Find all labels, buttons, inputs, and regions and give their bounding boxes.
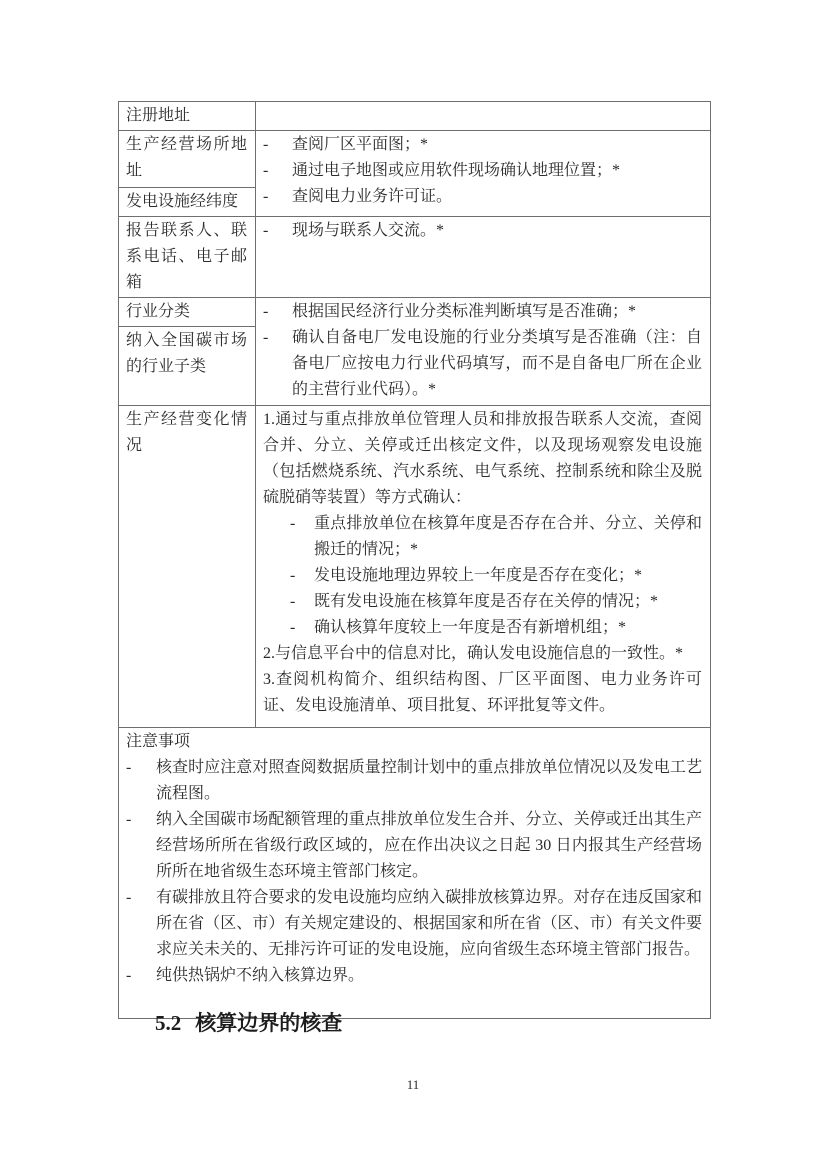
list-item: - 查阅厂区平面图；* [263,132,702,158]
bullet-dash: - [263,325,292,351]
numbered-item-2: 2.与信息平台中的信息对比，确认发电设施信息的一致性。* [263,641,702,667]
list-item: - 纯供热锅炉不纳入核算边界。 [126,963,702,989]
bullet-dash: - [290,563,314,589]
bullet-dash: - [263,132,292,158]
list-item: - 现场与联系人交流。* [263,218,702,244]
table-row: 报告联系人、联系电话、电子邮箱 - 现场与联系人交流。* [119,217,711,298]
row-label-facility-coordinates: 发电设施经纬度 [119,188,256,217]
list-item: - 确认核算年度较上一年度是否有新增机组；* [263,615,702,641]
registered-address-value-cell [256,102,711,131]
numbered-item-1: 1.通过与重点排放单位管理人员和排放报告联系人交流，查阅合并、分立、关停或迁出核… [263,407,702,511]
bullet-dash: - [126,807,156,833]
list-item: - 查阅电力业务许可证。 [263,184,702,210]
row-label-registered-address: 注册地址 [119,102,256,131]
verification-items-table: 注册地址 生产经营场所地址 - 查阅厂区平面图；* - 通过电子地图或应用软件现… [118,101,711,1019]
bullet-dash: - [263,218,292,244]
check-text: 通过电子地图或应用软件现场确认地理位置；* [292,158,702,184]
table-row: 行业分类 - 根据国民经济行业分类标准判断填写是否准确；* - 确认自备电厂发电… [119,298,711,327]
row-label-premises-address: 生产经营场所地址 [119,131,256,188]
bullet-dash: - [263,184,292,210]
bullet-dash: - [290,511,314,537]
bullet-dash: - [263,299,292,325]
list-item: - 发电设施地理边界较上一年度是否存在变化；* [263,563,702,589]
list-item: - 既有发电设施在核算年度是否存在关停的情况；* [263,589,702,615]
table-row: 注意事项 - 核查时应注意对照查阅数据质量控制计划中的重点排放单位情况以及发电工… [119,728,711,1019]
list-item: - 重点排放单位在核算年度是否存在合并、分立、关停和搬迁的情况；* [263,511,702,563]
check-text: 重点排放单位在核算年度是否存在合并、分立、关停和搬迁的情况；* [314,511,702,563]
check-text: 查阅厂区平面图；* [292,132,702,158]
bullet-dash: - [290,589,314,615]
numbered-item-3: 3.查阅机构简介、组织结构图、厂区平面图、电力业务许可证、发电设施清单、项目批复… [263,667,702,719]
note-text: 核查时应注意对照查阅数据质量控制计划中的重点排放单位情况以及发电工艺流程图。 [156,755,702,807]
bullet-dash: - [290,615,314,641]
list-item: - 根据国民经济行业分类标准判断填写是否准确；* [263,299,702,325]
check-text: 查阅电力业务许可证。 [292,184,702,210]
notes-title: 注意事项 [126,729,702,755]
row-label-industry: 行业分类 [119,298,256,327]
bullet-dash: - [126,885,156,911]
note-text: 有碳排放且符合要求的发电设施均应纳入碳排放核算边界。对存在违反国家和所在省（区、… [156,885,702,963]
contact-checks-cell: - 现场与联系人交流。* [256,217,711,298]
notes-cell: 注意事项 - 核查时应注意对照查阅数据质量控制计划中的重点排放单位情况以及发电工… [119,728,711,1019]
page-number: 11 [0,1077,826,1093]
list-item: - 确认自备电厂发电设施的行业分类填写是否准确（注：自备电厂应按电力行业代码填写… [263,325,702,403]
check-text: 现场与联系人交流。* [292,218,702,244]
row-label-operation-changes: 生产经营变化情况 [119,406,256,728]
check-text: 确认核算年度较上一年度是否有新增机组；* [314,615,702,641]
note-text: 纳入全国碳市场配额管理的重点排放单位发生合并、分立、关停或迁出其生产经营场所所在… [156,807,702,885]
list-item: - 通过电子地图或应用软件现场确认地理位置；* [263,158,702,184]
table-row: 生产经营场所地址 - 查阅厂区平面图；* - 通过电子地图或应用软件现场确认地理… [119,131,711,188]
section-heading: 5.2核算边界的核查 [155,1008,342,1038]
list-item: - 核查时应注意对照查阅数据质量控制计划中的重点排放单位情况以及发电工艺流程图。 [126,755,702,807]
check-text: 确认自备电厂发电设施的行业分类填写是否准确（注：自备电厂应按电力行业代码填写，而… [292,325,702,403]
section-number: 5.2 [155,1011,181,1035]
check-text: 根据国民经济行业分类标准判断填写是否准确；* [292,299,702,325]
table-row: 注册地址 [119,102,711,131]
bullet-dash: - [263,158,292,184]
address-checks-cell: - 查阅厂区平面图；* - 通过电子地图或应用软件现场确认地理位置；* - 查阅… [256,131,711,217]
section-title: 核算边界的核查 [195,1011,342,1035]
row-label-contact: 报告联系人、联系电话、电子邮箱 [119,217,256,298]
document-page: 注册地址 生产经营场所地址 - 查阅厂区平面图；* - 通过电子地图或应用软件现… [0,0,826,1169]
list-item: - 纳入全国碳市场配额管理的重点排放单位发生合并、分立、关停或迁出其生产经营场所… [126,807,702,885]
bullet-dash: - [126,755,156,781]
table-row: 生产经营变化情况 1.通过与重点排放单位管理人员和排放报告联系人交流，查阅合并、… [119,406,711,728]
list-item: - 有碳排放且符合要求的发电设施均应纳入碳排放核算边界。对存在违反国家和所在省（… [126,885,702,963]
check-text: 既有发电设施在核算年度是否存在关停的情况；* [314,589,702,615]
operation-changes-cell: 1.通过与重点排放单位管理人员和排放报告联系人交流，查阅合并、分立、关停或迁出核… [256,406,711,728]
industry-checks-cell: - 根据国民经济行业分类标准判断填写是否准确；* - 确认自备电厂发电设施的行业… [256,298,711,406]
bullet-dash: - [126,963,156,989]
check-text: 发电设施地理边界较上一年度是否存在变化；* [314,563,702,589]
row-label-subcategory: 纳入全国碳市场的行业子类 [119,327,256,406]
note-text: 纯供热锅炉不纳入核算边界。 [156,963,702,989]
